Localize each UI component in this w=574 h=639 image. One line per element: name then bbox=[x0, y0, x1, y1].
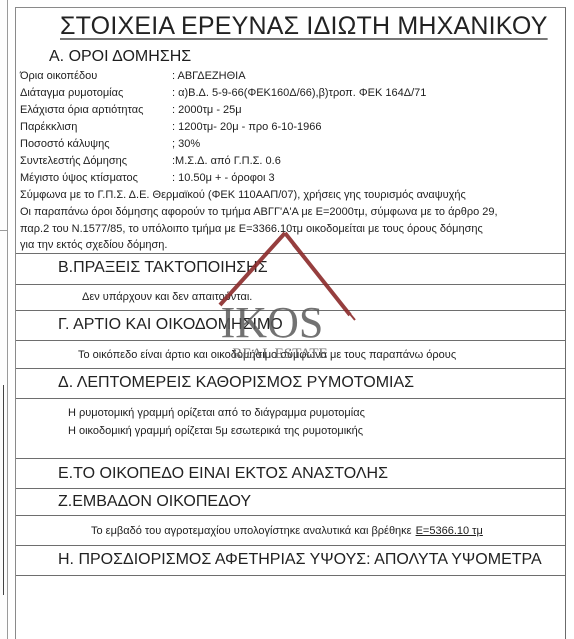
section-z-heading: Ζ.ΕΜΒΑΔΟΝ ΟΙΚΟΠΕΔΟΥ bbox=[58, 493, 251, 511]
section-e-heading: Ε.ΤΟ ΟΙΚΟΠΕΔΟ ΕΙΝΑΙ ΕΚΤΟΣ ΑΝΑΣΤΟΛΗΣ bbox=[58, 465, 388, 483]
field-label: Μέγιστο ύψος κτίσματος bbox=[20, 172, 172, 184]
note-line: για την εκτός σχεδίου δόμηση. bbox=[20, 239, 168, 251]
section-c-text-row: Το οικόπεδο είναι άρτιο και οικοδομήσιμο… bbox=[16, 341, 565, 369]
field-value: : 10.50μ + - όροφοι 3 bbox=[172, 172, 275, 184]
field-value: ; 30% bbox=[172, 138, 200, 150]
section-e-heading-row: Ε.ΤΟ ΟΙΚΟΠΕΔΟ ΕΙΝΑΙ ΕΚΤΟΣ ΑΝΑΣΤΟΛΗΣ bbox=[16, 459, 565, 489]
field-label: Όρια οικοπέδου bbox=[20, 70, 172, 82]
section-d-line: Η ρυμοτομική γραμμή ορίζεται από το διάγ… bbox=[68, 407, 365, 419]
section-h-heading: Η. ΠΡΟΣΔΙΟΡΙΣΜΟΣ ΑΦΕΤΗΡΙΑΣ ΥΨΟΥΣ: ΑΠΟΛΥΤ… bbox=[58, 551, 542, 569]
field-row: Μέγιστο ύψος κτίσματος: 10.50μ + - όροφο… bbox=[20, 172, 275, 184]
field-row: Όρια οικοπέδου: ΑΒΓΔΕΖΗΘΙΑ bbox=[20, 70, 246, 82]
adjacent-page-edge bbox=[0, 0, 8, 639]
page-edge-bottom bbox=[0, 385, 4, 595]
section-d-heading-row: Δ. ΛΕΠΤΟΜΕΡΕΙΣ ΚΑΘΟΡΙΣΜΟΣ ΡΥΜΟΤΟΜΙΑΣ bbox=[16, 369, 565, 399]
field-label: Ποσοστό κάλυψης bbox=[20, 138, 172, 150]
field-row: Ποσοστό κάλυψης; 30% bbox=[20, 138, 200, 150]
field-label: Διάταγμα ρυμοτομίας bbox=[20, 87, 172, 99]
field-label: Παρέκκλιση bbox=[20, 121, 172, 133]
field-label: Συντελεστής Δόμησης bbox=[20, 155, 172, 167]
note-line: Οι παραπάνω όροι δόμησης αφορούν το τμήμ… bbox=[20, 206, 498, 218]
note-line: παρ.2 του Ν.1577/85, το υπόλοιπο τμήμα μ… bbox=[20, 223, 483, 235]
section-a-block: ΣΤΟΙΧΕΙΑ ΕΡΕΥΝΑΣ ΙΔΙΩΤΗ ΜΗΧΑΝΙΚΟΥ Α. ΟΡΟ… bbox=[16, 8, 565, 254]
section-z-text-row: Το εμβαδό του αγροτεμαχίου υπολογίστηκε … bbox=[16, 516, 565, 546]
section-c-text: Το οικόπεδο είναι άρτιο και οικοδομήσιμο… bbox=[78, 349, 456, 361]
section-c-heading-row: Γ. ΑΡΤΙΟ ΚΑΙ ΟΙΚΟΔΟΜΗΣΙΜΟ bbox=[16, 311, 565, 341]
note-line: Σύμφωνα με το Γ.Π.Σ. Δ.Ε. Θερμαϊκού (ΦΕΚ… bbox=[20, 189, 466, 201]
area-description: Το εμβαδό του αγροτεμαχίου υπολογίστηκε … bbox=[91, 525, 412, 537]
field-row: Διάταγμα ρυμοτομίας: α)Β.Δ. 5-9-66(ΦΕΚ16… bbox=[20, 87, 426, 99]
field-value: : α)Β.Δ. 5-9-66(ΦΕΚ160Δ/66),β)τροπ. ΦΕΚ … bbox=[172, 87, 426, 99]
field-row: Ελάχιστα όρια αρτιότητας: 2000τμ - 25μ bbox=[20, 104, 242, 116]
section-a-heading: Α. ΟΡΟΙ ΔΟΜΗΣΗΣ bbox=[49, 48, 191, 66]
section-c-heading: Γ. ΑΡΤΙΟ ΚΑΙ ΟΙΚΟΔΟΜΗΣΙΜΟ bbox=[58, 316, 283, 334]
section-d-line: Η οικοδομική γραμμή ορίζεται 5μ εσωτερικ… bbox=[68, 425, 363, 437]
section-h-empty-row bbox=[16, 576, 565, 639]
field-value: : 1200τμ- 20μ - προ 6-10-1966 bbox=[172, 121, 322, 133]
field-value: :Μ.Σ.Δ. από Γ.Π.Σ. 0.6 bbox=[172, 155, 281, 167]
section-z-text: Το εμβαδό του αγροτεμαχίου υπολογίστηκε … bbox=[91, 525, 483, 537]
section-b-heading: Β.ΠΡΑΞΕΙΣ ΤΑΚΤΟΠΟΙΗΣΗΣ bbox=[58, 259, 268, 277]
section-b-text: Δεν υπάρχουν και δεν απαιτούνται. bbox=[82, 291, 252, 303]
field-row: Συντελεστής Δόμησης:Μ.Σ.Δ. από Γ.Π.Σ. 0.… bbox=[20, 155, 281, 167]
field-label: Ελάχιστα όρια αρτιότητας bbox=[20, 104, 172, 116]
section-b-text-row: Δεν υπάρχουν και δεν απαιτούνται. bbox=[16, 285, 565, 311]
document-frame: ΣΤΟΙΧΕΙΑ ΕΡΕΥΝΑΣ ΙΔΙΩΤΗ ΜΗΧΑΝΙΚΟΥ Α. ΟΡΟ… bbox=[15, 7, 566, 639]
section-h-heading-row: Η. ΠΡΟΣΔΙΟΡΙΣΜΟΣ ΑΦΕΤΗΡΙΑΣ ΥΨΟΥΣ: ΑΠΟΛΥΤ… bbox=[16, 546, 565, 576]
area-value: Ε=5366.10 τμ bbox=[416, 525, 483, 537]
section-d-text-row: Η ρυμοτομική γραμμή ορίζεται από το διάγ… bbox=[16, 399, 565, 459]
field-value: : ΑΒΓΔΕΖΗΘΙΑ bbox=[172, 70, 246, 82]
field-value: : 2000τμ - 25μ bbox=[172, 104, 242, 116]
section-z-heading-row: Ζ.ΕΜΒΑΔΟΝ ΟΙΚΟΠΕΔΟΥ bbox=[16, 489, 565, 516]
field-row: Παρέκκλιση: 1200τμ- 20μ - προ 6-10-1966 bbox=[20, 121, 322, 133]
document-title: ΣΤΟΙΧΕΙΑ ΕΡΕΥΝΑΣ ΙΔΙΩΤΗ ΜΗΧΑΝΙΚΟΥ bbox=[60, 12, 548, 41]
section-d-heading: Δ. ΛΕΠΤΟΜΕΡΕΙΣ ΚΑΘΟΡΙΣΜΟΣ ΡΥΜΟΤΟΜΙΑΣ bbox=[58, 374, 414, 392]
page-edge-line bbox=[7, 0, 8, 639]
section-b-heading-row: Β.ΠΡΑΞΕΙΣ ΤΑΚΤΟΠΟΙΗΣΗΣ bbox=[16, 254, 565, 285]
